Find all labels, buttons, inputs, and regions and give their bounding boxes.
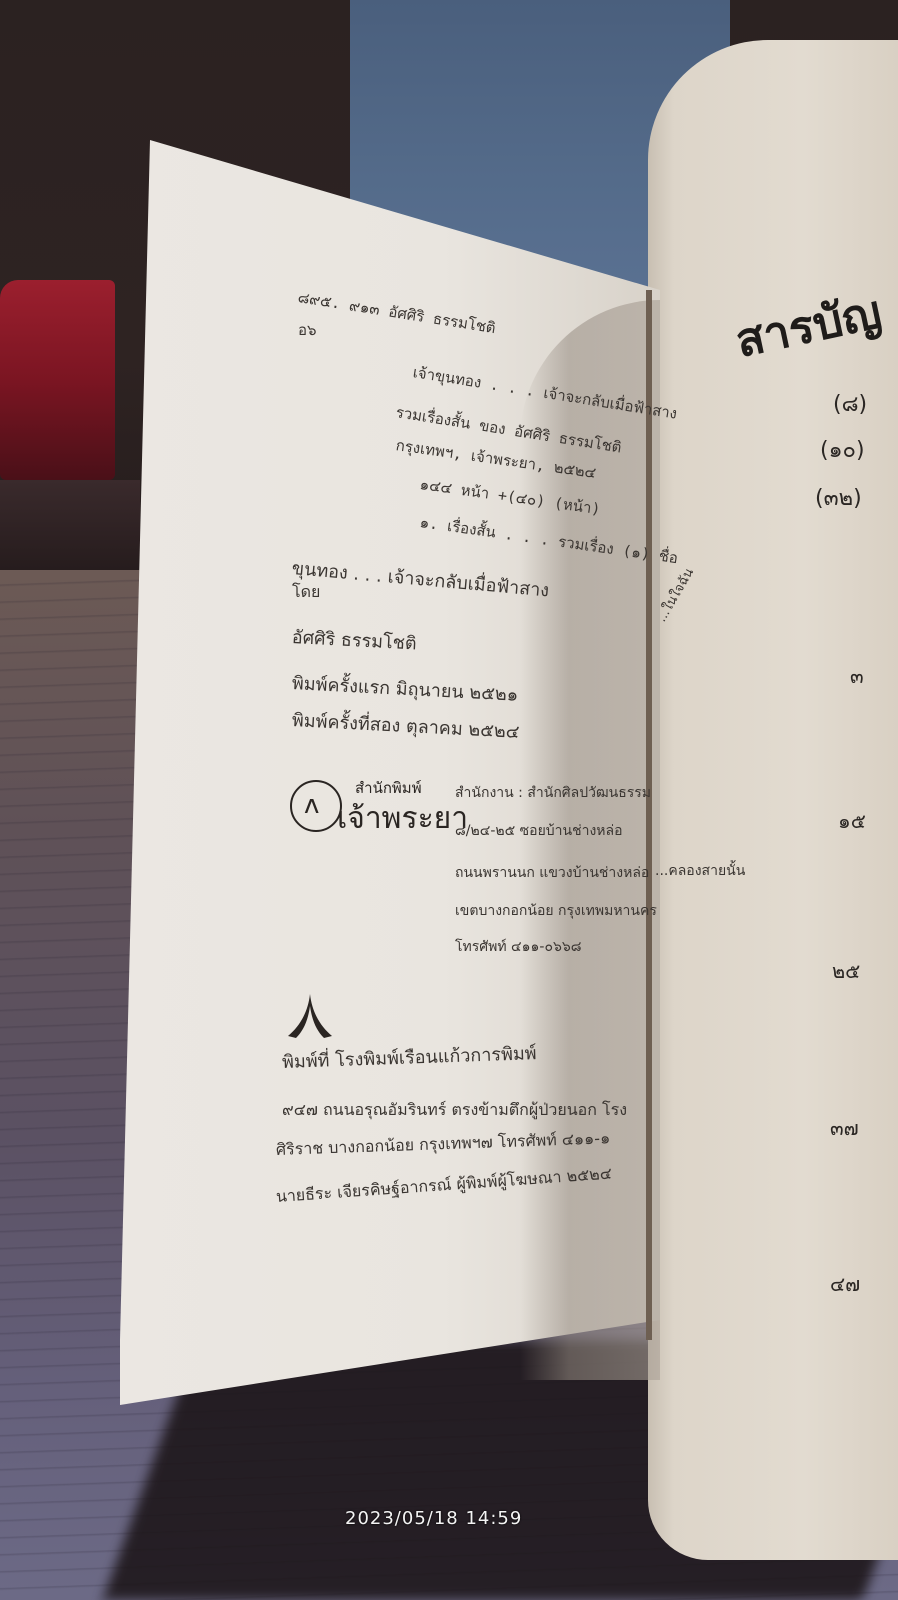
toc-page-5: ๔๗ — [830, 1268, 860, 1300]
photo-scene: ๘๙๕. ๙๑๓ อัศศิริ ธรรมโชติ อ๖ เจ้าขุนทอง … — [0, 0, 898, 1600]
printer-address-1: ๙๔๗ ถนนอรุณอัมรินทร์ ตรงข้ามตึกผู้ป่วยนอ… — [282, 1098, 627, 1123]
toc-front-page-2: (๑๐) — [820, 432, 865, 467]
shelf — [0, 480, 140, 570]
red-object — [0, 280, 115, 480]
book-spine — [646, 290, 652, 1340]
toc-page-2: ๑๕ — [838, 805, 866, 837]
right-page — [648, 40, 898, 1560]
catalog-call-suffix: อ๖ — [298, 318, 317, 342]
toc-entry-fragment-3: ...คลองสายนั้น — [655, 860, 745, 882]
publisher-address-1: ๘/๒๔-๒๕ ซอยบ้านช่างหล่อ — [455, 820, 623, 842]
toc-page-1: ๓ — [850, 660, 864, 692]
by-label: โดย — [292, 580, 320, 605]
toc-front-page-3: (๓๒) — [815, 480, 862, 515]
publisher-address-2: ถนนพรานนก แขวงบ้านช่างหล่อ — [455, 862, 649, 884]
toc-page-4: ๓๗ — [830, 1112, 859, 1144]
printer-roof-logo-icon — [286, 992, 334, 1040]
publisher-address-3: เขตบางกอกน้อย กรุงเทพมหานคร — [455, 900, 657, 922]
publisher-logo-icon: ʌ — [290, 780, 342, 832]
photo-timestamp: 2023/05/18 14:59 — [345, 1508, 522, 1529]
toc-page-3: ๒๕ — [832, 955, 860, 987]
toc-front-page-1: (๘) — [833, 386, 867, 421]
publisher-office: สำนักงาน : สำนักศิลปวัฒนธรรม — [455, 782, 651, 804]
publisher-phone: โทรศัพท์ ๔๑๑-๐๖๖๘ — [455, 936, 582, 958]
publisher-logo-big: เจ้าพระยา — [337, 795, 468, 842]
